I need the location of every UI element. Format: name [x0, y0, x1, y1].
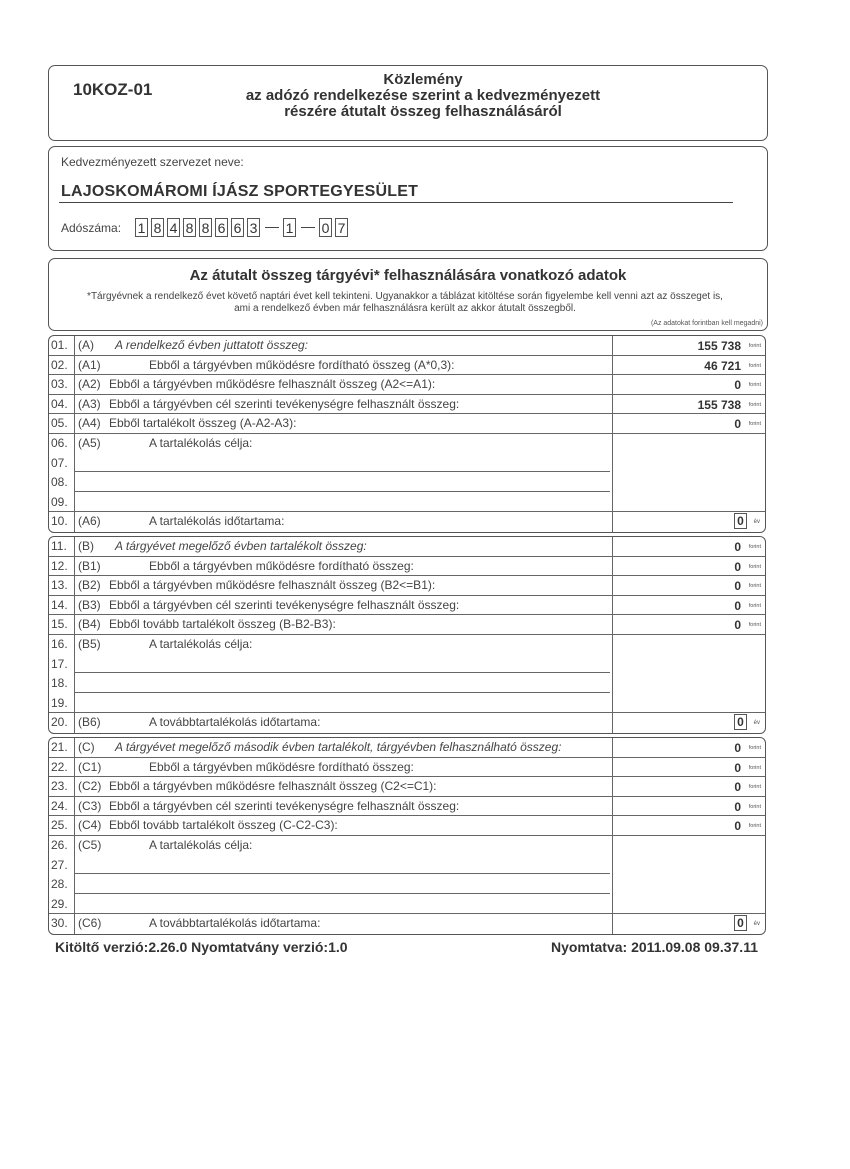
duration-field[interactable]: 0	[734, 915, 747, 931]
row-label: A tartalékolás célja:	[149, 637, 252, 651]
row-number: 18.	[51, 676, 68, 690]
column-divider	[74, 816, 75, 835]
column-divider	[74, 596, 75, 615]
row-number: 06.	[51, 436, 68, 450]
row-number: 23.	[51, 779, 68, 793]
currency-label: forint	[749, 544, 761, 550]
row-code: (B1)	[78, 559, 101, 573]
row-number: 04.	[51, 397, 68, 411]
currency-label: forint	[749, 745, 761, 751]
column-divider	[74, 395, 75, 414]
tax-separator	[301, 227, 315, 228]
duration-field[interactable]: 0	[734, 513, 747, 529]
column-divider	[612, 836, 613, 913]
column-divider	[612, 635, 613, 712]
tax-digit-box[interactable]: 1	[283, 218, 296, 237]
version-info: Kitöltő verzió:2.26.0 Nyomtatvány verzió…	[55, 939, 348, 955]
currency-label: forint	[749, 343, 761, 349]
row-number: 30.	[51, 916, 68, 930]
tax-number-field[interactable]: 18488663107	[135, 218, 351, 237]
row-label: Ebből a tárgyévben működésre fordítható …	[149, 358, 455, 372]
row-number: 17.	[51, 657, 68, 671]
row-label: Ebből a tárgyévben cél szerinti tevékeny…	[109, 397, 459, 411]
amount-field[interactable]: 0	[734, 560, 741, 574]
row-number: 14.	[51, 598, 68, 612]
tax-digit-box[interactable]: 7	[335, 218, 348, 237]
amount-field[interactable]: 155 738	[698, 339, 741, 353]
row-code: (C2)	[78, 779, 101, 793]
row-label: Ebből a tárgyévben cél szerinti tevékeny…	[109, 598, 459, 612]
row-number: 21.	[51, 740, 68, 754]
purpose-input-line[interactable]	[74, 893, 610, 894]
row-number: 08.	[51, 475, 68, 489]
row-label: Ebből tovább tartalékolt összeg (C-C2-C3…	[109, 818, 338, 832]
print-timestamp: Nyomtatva: 2011.09.08 09.37.11	[551, 939, 758, 955]
unit-note: (Az adatokat forintban kell megadni)	[651, 320, 763, 327]
column-divider	[74, 336, 75, 355]
row-label: Ebből tovább tartalékolt összeg (B-B2-B3…	[109, 617, 336, 631]
tax-digit-box[interactable]: 6	[231, 218, 244, 237]
amount-field[interactable]: 0	[734, 761, 741, 775]
row-number: 03.	[51, 377, 68, 391]
row-number: 05.	[51, 416, 68, 430]
currency-label: forint	[749, 622, 761, 628]
purpose-row: 16.17.18.19.(B5)A tartalékolás célja:	[49, 635, 765, 713]
currency-label: forint	[749, 421, 761, 427]
column-divider	[74, 777, 75, 796]
amount-field[interactable]: 0	[734, 800, 741, 814]
column-divider	[612, 375, 613, 394]
tax-digit-box[interactable]: 0	[319, 218, 332, 237]
table-row: 25.(C4)Ebből tovább tartalékolt összeg (…	[49, 816, 765, 836]
row-code: (C1)	[78, 760, 101, 774]
organization-section: Kedvezményezett szervezet neve: LAJOSKOM…	[48, 146, 768, 251]
form-code: 10KOZ-01	[73, 80, 152, 100]
row-code: (B3)	[78, 598, 101, 612]
row-label: A rendelkező évben juttatott összeg:	[115, 338, 308, 352]
row-code: (A1)	[78, 358, 101, 372]
currency-label: forint	[749, 804, 761, 810]
amount-field[interactable]: 46 721	[704, 359, 741, 373]
column-divider	[74, 635, 75, 712]
tax-digit-box[interactable]: 8	[199, 218, 212, 237]
column-divider	[612, 713, 613, 733]
row-number: 12.	[51, 559, 68, 573]
tax-digit-box[interactable]: 8	[183, 218, 196, 237]
table-row: 05.(A4)Ebből tartalékolt összeg (A-A2-A3…	[49, 414, 765, 434]
currency-label: forint	[749, 823, 761, 829]
column-divider	[612, 777, 613, 796]
column-divider	[74, 414, 75, 433]
row-number: 10.	[51, 514, 68, 528]
purpose-input-line[interactable]	[74, 491, 610, 492]
column-divider	[612, 336, 613, 355]
row-label: A tárgyévet megelőző második évben tarta…	[115, 740, 561, 754]
column-divider	[612, 434, 613, 511]
column-divider	[612, 576, 613, 595]
column-divider	[74, 375, 75, 394]
form-title-line: részére átutalt összeg felhasználásáról	[169, 104, 677, 120]
row-number: 29.	[51, 897, 68, 911]
org-name-underline	[59, 202, 733, 203]
year-label: év	[754, 921, 760, 927]
amount-field[interactable]: 0	[734, 819, 741, 833]
row-code: (B2)	[78, 578, 101, 592]
row-code: (A6)	[78, 514, 101, 528]
column-divider	[74, 914, 75, 934]
org-name-label: Kedvezményezett szervezet neve:	[61, 155, 244, 169]
row-code: (A5)	[78, 436, 101, 450]
column-divider	[74, 356, 75, 375]
row-label: Ebből tartalékolt összeg (A-A2-A3):	[109, 416, 296, 430]
column-divider	[74, 615, 75, 634]
table-row: 24.(C3)Ebből a tárgyévben cél szerinti t…	[49, 797, 765, 817]
tax-digit-box[interactable]: 4	[167, 218, 180, 237]
tax-number-label: Adószáma:	[61, 221, 121, 235]
tax-digit-box[interactable]: 3	[247, 218, 260, 237]
form-title-line: Közlemény	[169, 72, 677, 88]
tax-digit-box[interactable]: 1	[135, 218, 148, 237]
column-divider	[74, 512, 75, 532]
form-title: Közlemény az adózó rendelkezése szerint …	[169, 72, 677, 120]
row-label: Ebből a tárgyévben működésre felhasznált…	[109, 779, 437, 793]
table-row: 12.(B1)Ebből a tárgyévben működésre ford…	[49, 557, 765, 577]
row-label: A továbbtartalékolás időtartama:	[149, 715, 320, 729]
data-table-block: 21.(C)A tárgyévet megelőző második évben…	[48, 737, 766, 935]
year-label: év	[754, 519, 760, 525]
tax-digit-box[interactable]: 6	[215, 218, 228, 237]
column-divider	[74, 576, 75, 595]
column-divider	[612, 738, 613, 757]
row-label: A tartalékolás célja:	[149, 436, 252, 450]
table-row: 11.(B)A tárgyévet megelőző évben tartalé…	[49, 537, 765, 557]
column-divider	[612, 512, 613, 532]
row-number: 11.	[51, 539, 67, 553]
purpose-input-line[interactable]	[74, 692, 610, 693]
purpose-input-line[interactable]	[74, 471, 610, 472]
tax-separator	[265, 227, 279, 228]
row-label: Ebből a tárgyévben működésre fordítható …	[149, 760, 414, 774]
row-code: (C)	[78, 740, 95, 754]
table-row: 21.(C)A tárgyévet megelőző második évben…	[49, 738, 765, 758]
row-number: 15.	[51, 617, 68, 631]
column-divider	[74, 758, 75, 777]
row-code: (B5)	[78, 637, 101, 651]
row-number: 20.	[51, 715, 68, 729]
currency-label: forint	[749, 402, 761, 408]
row-label: Ebből a tárgyévben működésre fordítható …	[149, 559, 414, 573]
row-number: 27.	[51, 858, 68, 872]
row-code: (C3)	[78, 799, 101, 813]
column-divider	[74, 797, 75, 816]
amount-field[interactable]: 0	[734, 780, 741, 794]
row-code: (A)	[78, 338, 94, 352]
row-number: 13.	[51, 578, 68, 592]
column-divider	[612, 816, 613, 835]
amount-field[interactable]: 155 738	[698, 398, 741, 412]
row-code: (A4)	[78, 416, 101, 430]
currency-label: forint	[749, 382, 761, 388]
column-divider	[74, 713, 75, 733]
column-divider	[74, 434, 75, 511]
purpose-input-line[interactable]	[74, 873, 610, 874]
table-row: 02.(A1)Ebből a tárgyévben működésre ford…	[49, 356, 765, 376]
row-code: (A2)	[78, 377, 101, 391]
amount-field[interactable]: 0	[734, 417, 741, 431]
column-divider	[612, 395, 613, 414]
table-row: 20.(B6)A továbbtartalékolás időtartama:0…	[49, 713, 765, 733]
row-code: (C5)	[78, 838, 101, 852]
note-line: *Tárgyévnek a rendelkező évet követő nap…	[47, 291, 763, 303]
purpose-row: 06.07.08.09.(A5)A tartalékolás célja:	[49, 434, 765, 512]
row-number: 02.	[51, 358, 68, 372]
form-title-line: az adózó rendelkezése szerint a kedvezmé…	[169, 88, 677, 104]
row-label: A tartalékolás időtartama:	[149, 514, 284, 528]
currency-label: forint	[749, 363, 761, 369]
column-divider	[74, 557, 75, 576]
row-number: 26.	[51, 838, 68, 852]
table-row: 10.(A6)A tartalékolás időtartama:0év	[49, 512, 765, 532]
table-row: 04.(A3)Ebből a tárgyévben cél szerinti t…	[49, 395, 765, 415]
column-divider	[612, 414, 613, 433]
row-code: (B)	[78, 539, 94, 553]
row-label: Ebből a tárgyévben cél szerinti tevékeny…	[109, 799, 459, 813]
row-number: 22.	[51, 760, 68, 774]
column-divider	[612, 356, 613, 375]
column-divider	[612, 797, 613, 816]
row-code: (A3)	[78, 397, 101, 411]
currency-label: forint	[749, 765, 761, 771]
row-number: 07.	[51, 456, 68, 470]
row-code: (B6)	[78, 715, 101, 729]
currency-label: forint	[749, 603, 761, 609]
org-name-field[interactable]: LAJOSKOMÁROMI ÍJÁSZ SPORTEGYESÜLET	[61, 183, 418, 201]
tax-digit-box[interactable]: 8	[151, 218, 164, 237]
row-label: A tárgyévet megelőző évben tartalékolt ö…	[115, 539, 367, 553]
table-row: 22.(C1)Ebből a tárgyévben működésre ford…	[49, 758, 765, 778]
column-divider	[612, 758, 613, 777]
amount-field[interactable]: 0	[734, 741, 741, 755]
row-code: (C6)	[78, 916, 101, 930]
amount-field[interactable]: 0	[734, 378, 741, 392]
currency-label: forint	[749, 784, 761, 790]
form-header: 10KOZ-01 Közlemény az adózó rendelkezése…	[48, 65, 768, 141]
table-row: 30.(C6)A továbbtartalékolás időtartama:0…	[49, 914, 765, 934]
column-divider	[74, 738, 75, 757]
row-number: 25.	[51, 818, 68, 832]
table-row: 03.(A2)Ebből a tárgyévben működésre felh…	[49, 375, 765, 395]
duration-field[interactable]: 0	[734, 714, 747, 730]
row-number: 01.	[51, 338, 68, 352]
table-row: 14.(B3)Ebből a tárgyévben cél szerinti t…	[49, 596, 765, 616]
row-label: Ebből a tárgyévben működésre felhasznált…	[109, 377, 435, 391]
row-label: A továbbtartalékolás időtartama:	[149, 916, 320, 930]
purpose-row: 26.27.28.29.(C5)A tartalékolás célja:	[49, 836, 765, 914]
table-row: 15.(B4)Ebből tovább tartalékolt összeg (…	[49, 615, 765, 635]
note-line: ami a rendelkező évben már felhasználásr…	[47, 303, 763, 315]
amount-field[interactable]: 0	[734, 540, 741, 554]
section-title: Az átutalt összeg tárgyévi* felhasználás…	[49, 267, 767, 284]
row-label: A tartalékolás célja:	[149, 838, 252, 852]
row-number: 28.	[51, 877, 68, 891]
currency-label: forint	[749, 583, 761, 589]
row-number: 16.	[51, 637, 68, 651]
row-number: 19.	[51, 696, 68, 710]
row-code: (C4)	[78, 818, 101, 832]
row-code: (B4)	[78, 617, 101, 631]
column-divider	[612, 615, 613, 634]
row-number: 09.	[51, 495, 68, 509]
data-table-block: 01.(A)A rendelkező évben juttatott össze…	[48, 335, 766, 533]
column-divider	[612, 537, 613, 556]
table-row: 23.(C2)Ebből a tárgyévben működésre felh…	[49, 777, 765, 797]
row-label: Ebből a tárgyévben működésre felhasznált…	[109, 578, 435, 592]
column-divider	[612, 557, 613, 576]
row-number: 24.	[51, 799, 68, 813]
column-divider	[74, 836, 75, 913]
section-header: Az átutalt összeg tárgyévi* felhasználás…	[48, 258, 768, 331]
data-table-block: 11.(B)A tárgyévet megelőző évben tartalé…	[48, 536, 766, 734]
section-note: *Tárgyévnek a rendelkező évet követő nap…	[47, 291, 763, 315]
amount-field[interactable]: 0	[734, 618, 741, 632]
table-row: 13.(B2)Ebből a tárgyévben működésre felh…	[49, 576, 765, 596]
table-row: 01.(A)A rendelkező évben juttatott össze…	[49, 336, 765, 356]
amount-field[interactable]: 0	[734, 599, 741, 613]
purpose-input-line[interactable]	[74, 672, 610, 673]
column-divider	[74, 537, 75, 556]
column-divider	[612, 596, 613, 615]
currency-label: forint	[749, 564, 761, 570]
amount-field[interactable]: 0	[734, 579, 741, 593]
column-divider	[612, 914, 613, 934]
year-label: év	[754, 720, 760, 726]
